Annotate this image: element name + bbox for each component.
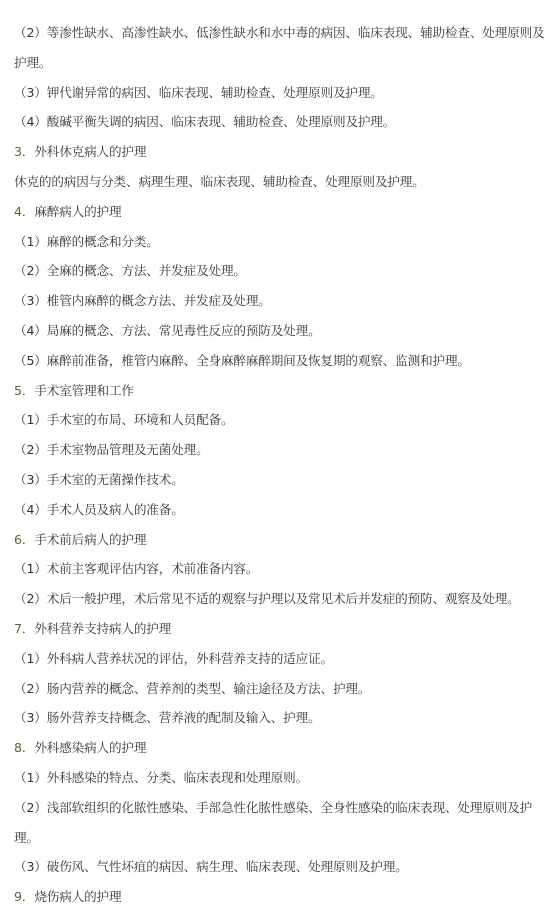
section-title: 外科营养支持病人的护理	[34, 621, 171, 636]
section-number: 3．	[14, 144, 34, 159]
section-title: 外科休克病人的护理	[34, 144, 146, 159]
section-heading: 3．外科休克病人的护理	[14, 137, 559, 167]
list-item: （1）术前主客观评估内容，术前准备内容。	[14, 554, 559, 584]
list-item: （3）破伤风、气性坏疽的病因、病生理、临床表现、处理原则及护理。	[14, 852, 559, 882]
section-title: 麻醉病人的护理	[34, 204, 121, 219]
list-item: （2）全麻的概念、方法、并发症及处理。	[14, 256, 559, 286]
section-heading: 4．麻醉病人的护理	[14, 197, 559, 227]
section-title: 手术前后病人的护理	[34, 532, 146, 547]
list-item: （2）等渗性缺水、高渗性缺水、低渗性缺水和水中毒的病因、临床表现、辅助检查、处理…	[14, 18, 554, 78]
section-heading: 5．手术室管理和工作	[14, 376, 559, 406]
list-item: （2）肠内营养的概念、营养剂的类型、输注途径及方法、护理。	[14, 674, 559, 704]
list-item: （2）浅部软组织的化脓性感染、手部急性化脓性感染、全身性感染的临床表现、处理原则…	[14, 793, 554, 853]
section-title: 外科感染病人的护理	[34, 740, 146, 755]
paragraph: 休克的的病因与分类、病理生理、临床表现、辅助检查、处理原则及护理。	[14, 167, 559, 197]
list-item: （1）麻醉的概念和分类。	[14, 227, 559, 257]
list-item: （3）钾代谢异常的病因、临床表现、辅助检查、处理原则及护理。	[14, 78, 559, 108]
section-heading: 8．外科感染病人的护理	[14, 733, 559, 763]
list-item: （4）手术人员及病人的准备。	[14, 495, 559, 525]
list-item: （1）手术室的布局、环境和人员配备。	[14, 405, 559, 435]
section-heading: 9．烧伤病人的护理	[14, 882, 559, 912]
section-number: 4．	[14, 204, 34, 219]
document-body: （2）等渗性缺水、高渗性缺水、低渗性缺水和水中毒的病因、临床表现、辅助检查、处理…	[0, 0, 559, 912]
section-title: 烧伤病人的护理	[34, 889, 121, 904]
list-item: （1）外科病人营养状况的评估，外科营养支持的适应证。	[14, 644, 559, 674]
section-number: 6．	[14, 532, 34, 547]
section-number: 8．	[14, 740, 34, 755]
section-number: 7．	[14, 621, 34, 636]
section-heading: 6．手术前后病人的护理	[14, 525, 559, 555]
list-item: （5）麻醉前准备，椎管内麻醉、全身麻醉麻醉期间及恢复期的观察、监测和护理。	[14, 346, 559, 376]
list-item: （4）酸碱平衡失调的病因、临床表现、辅助检查、处理原则及护理。	[14, 107, 559, 137]
section-number: 9．	[14, 889, 34, 904]
section-number: 5．	[14, 383, 34, 398]
list-item: （3）肠外营养支持概念、营养液的配制及输入、护理。	[14, 703, 559, 733]
list-item: （4）局麻的概念、方法、常见毒性反应的预防及处理。	[14, 316, 559, 346]
list-item: （2）手术室物品管理及无菌处理。	[14, 435, 559, 465]
list-item: （3）椎管内麻醉的概念方法、并发症及处理。	[14, 286, 559, 316]
list-item: （1）外科感染的特点、分类、临床表现和处理原则。	[14, 763, 559, 793]
section-title: 手术室管理和工作	[34, 383, 134, 398]
list-item: （3）手术室的无菌操作技术。	[14, 465, 559, 495]
list-item: （2）术后一般护理，术后常见不适的观察与护理以及常见术后并发症的预防、观察及处理…	[14, 584, 559, 614]
section-heading: 7．外科营养支持病人的护理	[14, 614, 559, 644]
